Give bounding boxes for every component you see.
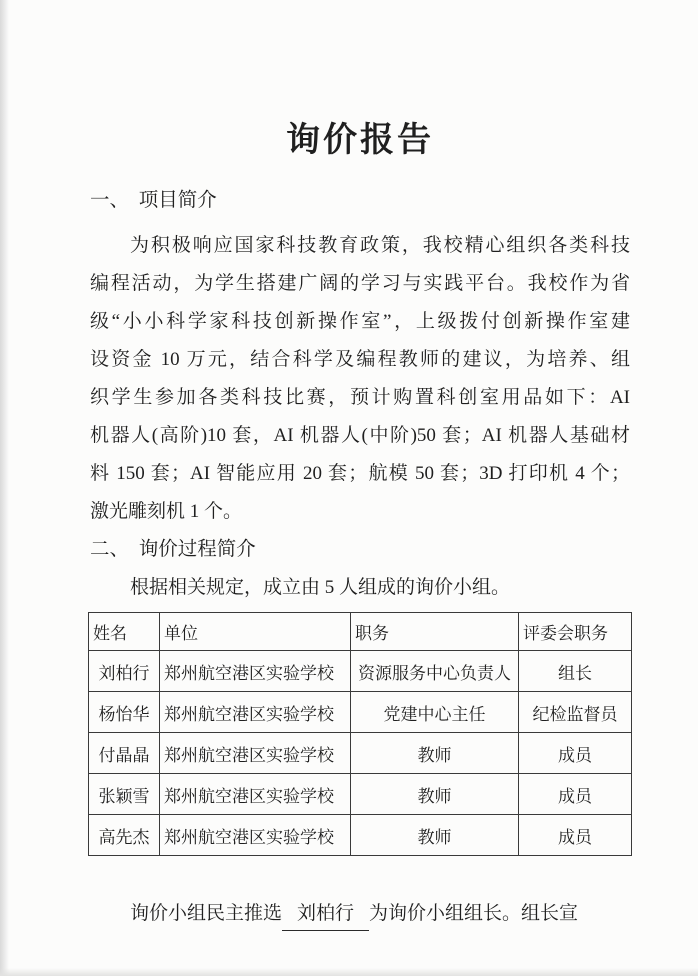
paragraph-line: 为积极响应国家科技教育政策，我校精心组织各类科技 — [90, 227, 630, 265]
scan-left-edge-artifact — [0, 0, 9, 976]
paragraph-line: 级“小小科学家科技创新操作室”，上级拨付创新操作室建 — [90, 303, 630, 341]
section-1-heading: 一、 项目简介 — [90, 182, 630, 220]
inquiry-group-intro: 根据相关规定，成立由 5 人组成的询价小组。 — [90, 569, 630, 607]
table-cell: 郑州航空港区实验学校 — [160, 692, 351, 733]
table-cell: 张颖雪 — [89, 774, 160, 815]
table-row: 张颖雪 郑州航空港区实验学校 教师 成员 — [89, 774, 632, 815]
paragraph-line: 激光雕刻机 1 个。 — [90, 493, 630, 531]
scanned-document-page: 询价报告 一、 项目简介 为积极响应国家科技教育政策，我校精心组织各类科技 编程… — [0, 0, 698, 976]
table-cell: 高先杰 — [89, 815, 160, 856]
table-cell: 付晶晶 — [89, 733, 160, 774]
table-cell: 成员 — [519, 733, 632, 774]
paragraph-line: 编程活动，为学生搭建广阔的学习与实践平台。我校作为省 — [90, 265, 630, 303]
section-2-heading: 二、 询价过程简介 — [90, 531, 630, 569]
paragraph-line: 料 150 套；AI 智能应用 20 套；航模 50 套；3D 打印机 4 个； — [90, 455, 630, 493]
table-cell: 杨怡华 — [89, 692, 160, 733]
table-cell: 郑州航空港区实验学校 — [160, 651, 351, 692]
table-cell: 郑州航空港区实验学校 — [160, 774, 351, 815]
table-cell: 党建中心主任 — [351, 692, 519, 733]
table-cell: 教师 — [351, 733, 519, 774]
col-header-committee-role: 评委会职务 — [519, 613, 632, 651]
table-cell: 教师 — [351, 774, 519, 815]
table-cell: 成员 — [519, 774, 632, 815]
paragraph-line: 机器人(高阶)10 套，AI 机器人(中阶)50 套；AI 机器人基础材 — [90, 417, 630, 455]
table-cell: 刘柏行 — [89, 651, 160, 692]
table-cell: 教师 — [351, 815, 519, 856]
closing-text-before: 询价小组民主推选 — [130, 903, 282, 924]
table-cell: 郑州航空港区实验学校 — [160, 733, 351, 774]
table-cell: 郑州航空港区实验学校 — [160, 815, 351, 856]
closing-text-after: 为询价小组组长。组长宣 — [369, 903, 578, 924]
table-row: 刘柏行 郑州航空港区实验学校 资源服务中心负责人 组长 — [89, 651, 632, 692]
paragraph-line: 织学生参加各类科技比赛，预计购置科创室用品如下：AI — [90, 379, 630, 417]
paragraph-line: 设资金 10 万元，结合科学及编程教师的建议，为培养、组 — [90, 341, 630, 379]
table-row: 高先杰 郑州航空港区实验学校 教师 成员 — [89, 815, 632, 856]
table-cell: 资源服务中心负责人 — [351, 651, 519, 692]
col-header-name: 姓名 — [89, 613, 160, 651]
col-header-unit: 单位 — [160, 613, 351, 651]
document-title: 询价报告 — [90, 122, 630, 160]
table-row: 杨怡华 郑州航空港区实验学校 党建中心主任 纪检监督员 — [89, 692, 632, 733]
inquiry-group-table: 姓名 单位 职务 评委会职务 刘柏行 郑州航空港区实验学校 资源服务中心负责人 … — [88, 612, 632, 856]
table-row: 付晶晶 郑州航空港区实验学校 教师 成员 — [89, 733, 632, 774]
scan-bottom-edge-artifact — [0, 968, 698, 976]
elected-leader-name: 刘柏行 — [282, 898, 369, 931]
col-header-position: 职务 — [351, 613, 519, 651]
closing-statement: 询价小组民主推选刘柏行为询价小组组长。组长宣 — [90, 898, 630, 931]
table-header-row: 姓名 单位 职务 评委会职务 — [89, 613, 632, 651]
table-cell: 成员 — [519, 815, 632, 856]
section-1-paragraph: 为积极响应国家科技教育政策，我校精心组织各类科技 编程活动，为学生搭建广阔的学习… — [90, 227, 630, 531]
table-cell: 纪检监督员 — [519, 692, 632, 733]
table-cell: 组长 — [519, 651, 632, 692]
